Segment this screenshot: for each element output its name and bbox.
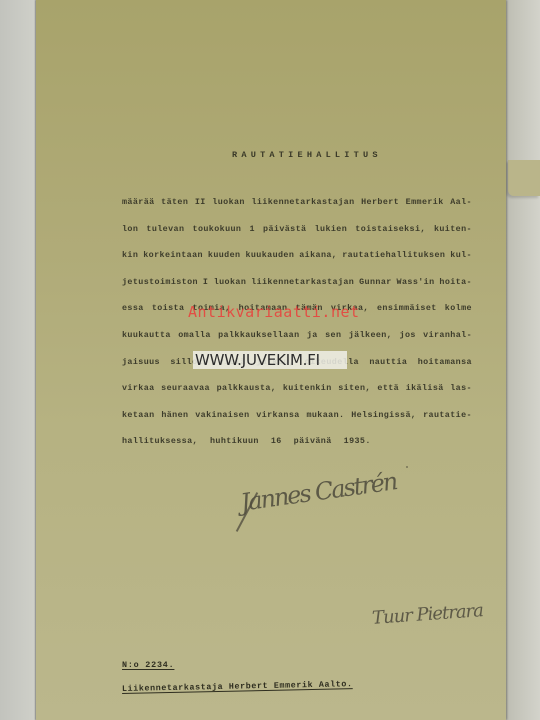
body-line: virkaaseuraavaapalkkausta,kuitenkinsiten… [122, 382, 472, 409]
body-word: 1 [249, 223, 254, 250]
body-word: hallituksessa, [122, 435, 198, 462]
body-word: virkaa [122, 382, 155, 409]
background-left [0, 0, 36, 720]
body-word: Gunnar [359, 276, 392, 303]
body-word: kuukautta [122, 329, 171, 356]
body-word: Herbert [361, 196, 399, 223]
body-word: ketaan [122, 409, 155, 436]
body-word: jetustoimiston [122, 276, 198, 303]
body-word: essa [122, 302, 144, 329]
body-word: että [377, 382, 399, 409]
background-right [505, 0, 540, 720]
body-word: päivästä [263, 223, 306, 250]
body-word: toukokuun [193, 223, 242, 250]
body-word: luokan [212, 196, 245, 223]
body-word: jälkeen, [349, 329, 392, 356]
body-word: täten [161, 196, 188, 223]
document-heading: RAUTATIEHALLITUS [232, 150, 382, 160]
body-word: I luokan [203, 276, 246, 303]
body-word: lon [122, 223, 138, 250]
body-line: hallituksessa,huhtikuun16päivänä1935. [122, 435, 472, 462]
watermark-juvekim-text: WWW.JUVEKIM.FI [193, 351, 347, 369]
body-word: huhtikuun [210, 435, 259, 462]
body-word: ikälisä [406, 382, 444, 409]
body-word: Aal- [450, 196, 472, 223]
body-word: viranhal- [423, 329, 472, 356]
body-word: päivänä [294, 435, 332, 462]
body-word: hoita- [439, 276, 472, 303]
body-word: liikennetarkastajan [251, 276, 354, 303]
body-line: jetustoimistonI luokanliikennetarkastaja… [122, 276, 472, 303]
body-line: kinkorkeintaankuudenkuukaudenaikana,raut… [122, 249, 472, 276]
body-word: virkansa [256, 409, 299, 436]
underlying-sheet-corner [508, 160, 540, 196]
body-word: kuitenkin [283, 382, 332, 409]
body-word: II [195, 196, 206, 223]
watermark-juvekim: WWW.JUVEKIM.FI [193, 351, 347, 369]
document-number: N:o 2234. [122, 660, 174, 670]
paper-speck [406, 466, 408, 468]
body-line: määräätätenIIluokanliikennetarkastajanHe… [122, 196, 472, 223]
body-word: liikennetarkastajan [251, 196, 354, 223]
body-word: Emmerik [406, 196, 444, 223]
body-word: seuraavaa [161, 382, 210, 409]
body-line: lontulevantoukokuun1päivästälukientoista… [122, 223, 472, 250]
body-word: 16 [271, 435, 282, 462]
body-word: rautatiehallituksen [342, 249, 445, 276]
body-word: kuukauden [245, 249, 294, 276]
body-word: siten, [338, 382, 371, 409]
body-word: palkkausta, [217, 382, 277, 409]
body-word: kuiten- [434, 223, 472, 250]
body-word: kolme [445, 302, 472, 329]
body-word: rautatie- [423, 409, 472, 436]
body-word: hänen [161, 409, 188, 436]
body-word: Helsingissä, [351, 409, 416, 436]
body-word: Wass'in [397, 276, 435, 303]
body-word: las- [450, 382, 472, 409]
body-word: 1935. [344, 435, 371, 462]
body-word: jos [400, 329, 416, 356]
watermark-antikvariaatti: Antikvariaatti.net [188, 303, 360, 321]
body-word: tulevan [146, 223, 184, 250]
body-word: toista [152, 302, 185, 329]
body-word: lukien [315, 223, 348, 250]
body-line: ketaanhänenvakinaisenvirkansamukaan.Hels… [122, 409, 472, 436]
body-word: jaisuus [122, 356, 160, 383]
body-word: kul- [450, 249, 472, 276]
body-word: hoitamansa [418, 356, 472, 383]
body-word: mukaan. [306, 409, 344, 436]
body-word: aikana, [299, 249, 337, 276]
body-word: vakinaisen [195, 409, 249, 436]
body-word: kuuden [208, 249, 241, 276]
body-word: toistaiseksi, [355, 223, 426, 250]
document-body: määräätätenIIluokanliikennetarkastajanHe… [122, 196, 472, 462]
body-word: kin [122, 249, 138, 276]
body-word: korkeintaan [143, 249, 203, 276]
body-word: nauttia [369, 356, 407, 383]
body-word: ensimmäiset [377, 302, 437, 329]
body-word: määrää [122, 196, 155, 223]
